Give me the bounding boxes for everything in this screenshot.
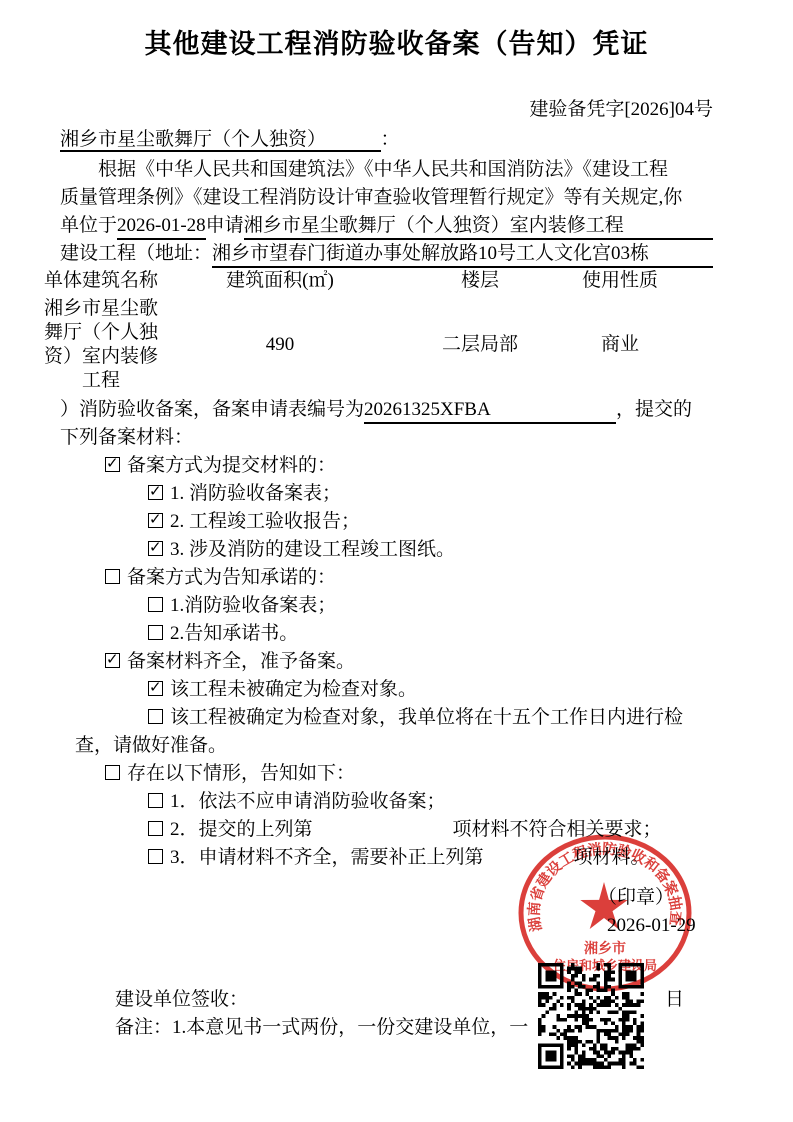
col-header-building-name: 单体建筑名称 [42,268,160,294]
checklist-item-label: 1. 消防验收备案表； [170,483,341,504]
checkbox-unchecked-icon [105,765,120,780]
checklist-item: 1. 消防验收备案表； [148,480,713,508]
checklist-item: 2. 工程竣工验收报告； [148,508,713,536]
cell-floor: 二层局部 [400,294,560,396]
addressee-line: 湘乡市星尘歌舞厅（个人独资）： [60,126,713,156]
filing-checklist: 备案方式为提交材料的：1. 消防验收备案表；2. 工程竣工验收报告；3. 涉及消… [60,452,713,872]
cell-area: 490 [160,294,400,396]
checkbox-checked-icon [148,681,163,696]
cell-usage: 商业 [560,294,680,396]
checklist-item-label: 2.告知承诺书。 [170,623,298,644]
filing-number-suffix: ，提交的 [616,396,692,424]
checklist-item-label: 备案方式为告知承诺的： [127,567,336,588]
checkbox-checked-icon [148,513,163,528]
apply-verb: 申请 [206,212,244,240]
checklist-item-label: 存在以下情形，告知如下： [127,763,355,784]
document-page: 其他建设工程消防验收备案（告知）凭证 建验备凭字[2026]04号 湘乡市星尘歌… [0,0,793,1122]
checklist-item: 备案方式为告知承诺的： [105,564,713,592]
checkbox-checked-icon [105,653,120,668]
checklist-item-label: 1．依法不应申请消防验收备案； [170,791,446,812]
star-icon [580,882,627,929]
building-table-header-row: 单体建筑名称 建筑面积(㎡) 楼层 使用性质 [42,268,680,294]
address-label: 建设工程（地址： [60,240,212,268]
blank-fill-space [313,834,453,835]
checklist-item: 2.告知承诺书。 [148,620,713,648]
checklist-item: 1.消防验收备案表； [148,592,713,620]
table-row: 湘乡市星尘歌舞厅（个人独资）室内装修工程 490 二层局部 商业 [42,294,680,396]
checklist-item: 1．依法不应申请消防验收备案； [148,788,713,816]
filing-number-value: 20261325XFBA [364,396,616,424]
intro-line-4: 建设工程（地址： 湘乡市望春门街道办事处解放路10号工人文化宫03栋 [60,240,713,268]
checkbox-unchecked-icon [148,597,163,612]
checklist-item-label: 备案方式为提交材料的： [127,455,336,476]
checklist-item: 3. 涉及消防的建设工程竣工图纸。 [148,536,713,564]
checklist-item-label: 该工程未被确定为检查对象。 [170,679,417,700]
seal-city-text: 湘乡市 [584,940,626,957]
building-table: 单体建筑名称 建筑面积(㎡) 楼层 使用性质 湘乡市星尘歌舞厅（个人独资）室内装… [42,268,680,396]
apply-date-value: 2026-01-28 [117,212,206,240]
checklist-item-label: 2．提交的上列第 [170,819,313,840]
checkbox-unchecked-icon [148,625,163,640]
official-seal: 湖南省建设工程消防验收和备案抽查专用章 湘乡市 住房和城乡建设局 [516,832,694,994]
addressee-colon: ： [381,129,400,150]
filing-number-line: ）消防验收备案，备案申请表编号为 20261325XFBA ，提交的 [60,396,713,424]
document-number: 建验备凭字[2026]04号 [60,96,713,124]
checklist-item: 存在以下情形，告知如下： [105,760,713,788]
intro-line-2: 质量管理条例》《建设工程消防设计审查验收管理暂行规定》等有关规定,你 [60,184,713,212]
document-title: 其他建设工程消防验收备案（告知）凭证 [0,26,793,62]
filing-number-label: ）消防验收备案，备案申请表编号为 [60,396,364,424]
checklist-item-label: 备案材料齐全，准予备案。 [127,651,355,672]
project-name-value: 湘乡市星尘歌舞厅（个人独资）室内装修工程 [244,212,713,240]
seal-org-text: 住房和城乡建设局 [553,958,657,973]
col-header-usage: 使用性质 [560,268,680,294]
checkbox-unchecked-icon [148,849,163,864]
checklist-item-label: 3．申请材料不齐全，需要补正上列第 [170,847,484,868]
checklist-item: 备案材料齐全，准予备案。 [105,648,713,676]
checkbox-checked-icon [105,457,120,472]
checkbox-unchecked-icon [148,709,163,724]
intro-line-3: 单位于 2026-01-28 申请 湘乡市星尘歌舞厅（个人独资）室内装修工程 [60,212,713,240]
checkbox-unchecked-icon [148,821,163,836]
address-value: 湘乡市望春门街道办事处解放路10号工人文化宫03栋 [212,240,713,268]
checklist-item: 备案方式为提交材料的： [105,452,713,480]
intro-line-1: 根据《中华人民共和国建筑法》《中华人民共和国消防法》《建设工程 [60,156,713,184]
checkbox-unchecked-icon [105,569,120,584]
checklist-item: 该工程被确定为检查对象，我单位将在十五个工作日内进行检查，请做好准备。 [75,704,695,760]
checklist-item: 该工程未被确定为检查对象。 [148,676,713,704]
filing-line-2: 下列备案材料： [60,424,713,452]
checkbox-checked-icon [148,541,163,556]
sign-label: 建设单位签收： [115,989,248,1010]
checkbox-checked-icon [148,485,163,500]
checklist-item-label: 2. 工程竣工验收报告； [170,511,360,532]
cell-building-name: 湘乡市星尘歌舞厅（个人独资）室内装修工程 [42,294,160,396]
checklist-item-label: 该工程被确定为检查对象，我单位将在十五个工作日内进行检查，请做好准备。 [75,707,683,756]
checkbox-unchecked-icon [148,793,163,808]
apply-date-label: 单位于 [60,212,117,240]
checklist-item-label: 1.消防验收备案表； [170,595,336,616]
col-header-floor: 楼层 [400,268,560,294]
addressee-name: 湘乡市星尘歌舞厅（个人独资） [60,129,381,152]
checklist-item-label: 3. 涉及消防的建设工程竣工图纸。 [170,539,455,560]
col-header-area: 建筑面积(㎡) [160,268,400,294]
